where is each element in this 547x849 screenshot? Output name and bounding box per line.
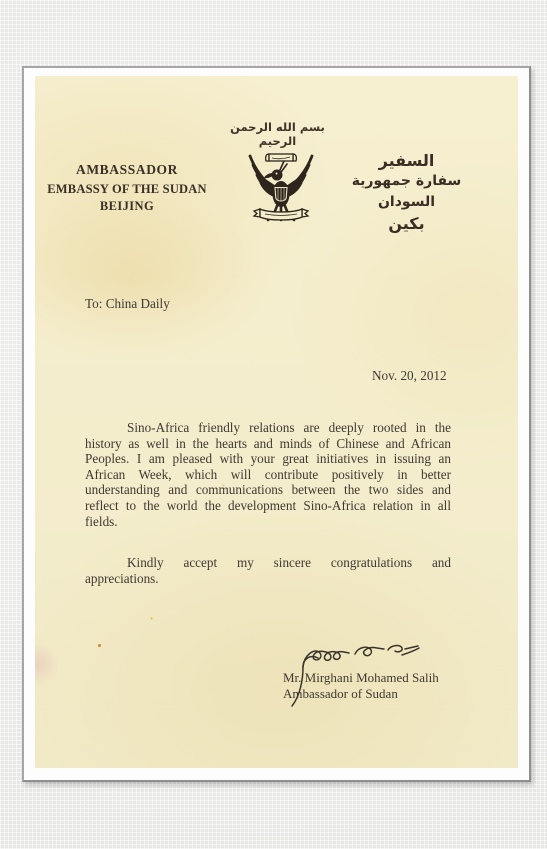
body-paragraph-1: Sino-Africa friendly relations are deepl…: [85, 420, 451, 529]
sudan-coat-of-arms-icon: [243, 148, 319, 226]
letterhead-english: AMBASSADOR EMBASSY OF THE SUDAN BEIJING: [47, 162, 207, 214]
signatory-name: Mr. Mirghani Mohamed Salih: [283, 670, 439, 686]
letterhead-title: AMBASSADOR: [47, 162, 207, 178]
letter-body: Sino-Africa friendly relations are deepl…: [85, 420, 451, 586]
letterhead-city-line: BEIJING: [47, 199, 207, 214]
letterhead-embassy-line: EMBASSY OF THE SUDAN: [47, 182, 207, 197]
letterhead-arabic-embassy-line: سفارة جمهورية السودان: [329, 171, 484, 213]
recipient-line: To: China Daily: [85, 296, 170, 312]
letterhead-arabic: السفير سفارة جمهورية السودان بكين: [329, 150, 484, 234]
bismillah-calligraphy: بسم الله الرحمن الرحيم: [220, 120, 335, 148]
letterhead-arabic-city-line: بكين: [329, 213, 484, 234]
date-line: Nov. 20, 2012: [372, 368, 447, 384]
letter-page: AMBASSADOR EMBASSY OF THE SUDAN BEIJING …: [35, 76, 518, 768]
scan-frame: AMBASSADOR EMBASSY OF THE SUDAN BEIJING …: [22, 66, 531, 782]
screenshot-root: { "letterhead": { "english_title": "AMBA…: [0, 0, 547, 849]
signatory-title: Ambassador of Sudan: [283, 686, 398, 702]
letterhead-arabic-title: السفير: [329, 150, 484, 171]
body-paragraph-2: Kindly accept my sincere congratulations…: [85, 555, 451, 586]
